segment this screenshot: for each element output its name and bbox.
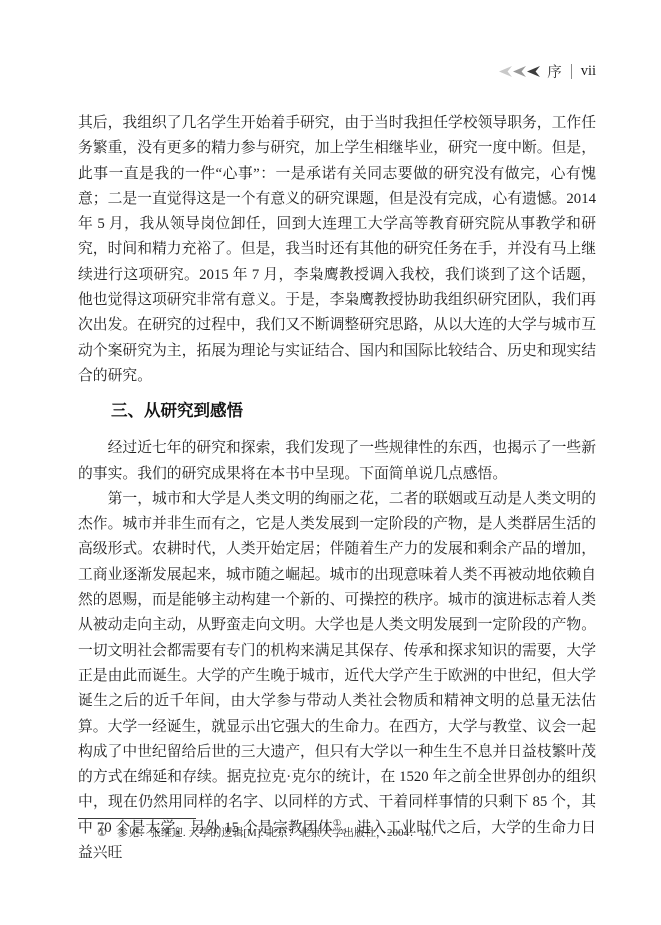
header-divider <box>571 64 572 79</box>
chapter-title: 序 <box>547 61 563 82</box>
page-number: vii <box>581 63 596 80</box>
footnote-marker: ① <box>97 827 107 839</box>
page-header: 序 vii <box>498 62 596 80</box>
footnote: ①参见：张维迎. 大学的逻辑[M]. 北京：北京大学出版社，2004：10. <box>78 826 596 841</box>
footnote-text: 参见：张维迎. 大学的逻辑[M]. 北京：北京大学出版社，2004：10. <box>117 827 434 839</box>
body-text-block: 其后，我组织了几名学生开始着手研究，由于当时我担任学校领导职务，工作任务繁重，没… <box>78 111 596 866</box>
paragraph-continuation: 其后，我组织了几名学生开始着手研究，由于当时我担任学校领导职务，工作任务繁重，没… <box>78 111 596 389</box>
left-arrowhead-icon <box>513 66 526 77</box>
left-arrowhead-icon <box>499 66 512 77</box>
footnote-divider <box>78 818 196 819</box>
left-arrowhead-icon <box>527 66 540 77</box>
paragraph: 第一，城市和大学是人类文明的绚丽之花，二者的联姻或互动是人类文明的杰作。城市并非… <box>78 487 596 866</box>
document-page: 序 vii 其后，我组织了几名学生开始着手研究，由于当时我担任学校领导职务，工作… <box>0 0 661 925</box>
section-heading: 三、从研究到感悟 <box>78 400 596 422</box>
paragraph-text: 第一，城市和大学是人类文明的绚丽之花，二者的联姻或互动是人类文明的杰作。城市并非… <box>78 491 596 836</box>
paragraph: 经过近七年的研究和探索，我们发现了一些规律性的东西，也揭示了一些新的事实。我们的… <box>78 436 596 487</box>
triple-left-arrowheads-icon <box>498 66 540 77</box>
footnote-area: ①参见：张维迎. 大学的逻辑[M]. 北京：北京大学出版社，2004：10. <box>78 818 596 841</box>
